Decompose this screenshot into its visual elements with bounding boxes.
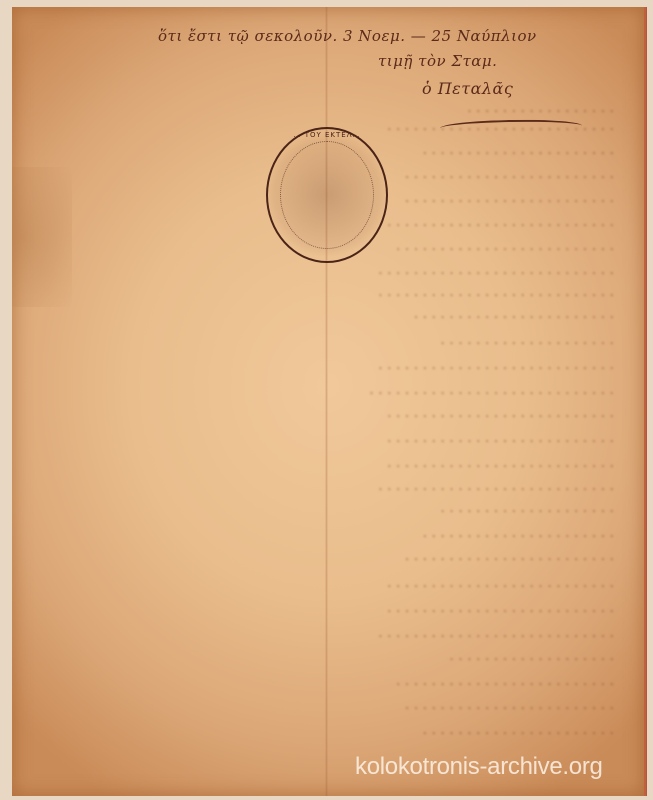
recipient-note-signature: ὁ Πεταλᾶς [422,79,513,98]
bleed-line: · · · · · · · · · · · · · · · · · · · · … [22,485,614,495]
bleed-line: · · · · · · · · · · · · · · · · · · · · [212,339,614,349]
bleed-line: · · · · · · · · · · · · · · · · · · · · … [52,607,614,617]
bleed-line: · · · · · · · · · · · · · · · · · · · · … [32,364,614,374]
bleed-line: · · · · · · · · · · · · · · · · · [22,107,614,117]
bleed-line: · · · · · · · · · · · · · · · · · · · · … [22,680,614,690]
recipient-note-line-2: τιμῇ τὸν Σταμ. [378,52,497,70]
manuscript-page: · · · · · · · · · · · · · · · · ·· · · ·… [12,7,646,796]
bleed-line: · · · · · · · · · · · · · · · · · · · · … [22,632,614,642]
water-stain [12,167,72,307]
bleed-line: · · · · · · · · · · · · · · · · · · · · … [22,437,614,447]
bleed-line: · · · · · · · · · · · · · · · · · · · · … [22,532,614,542]
bleed-line: · · · · · · · · · · · · · · · · · · · · … [22,412,614,422]
bleed-line: · · · · · · · · · · · · · · · · · · · · … [22,389,614,399]
bleed-line: · · · · · · · · · · · · · · · · · · · · … [162,704,614,714]
bleed-line: · · · · · · · · · · · · · · · · · · · · … [22,269,614,279]
seal-inner-ring [280,141,374,249]
official-seal-stamp: … ΤΟΥ ΕΚΤΕΛ… [266,127,388,263]
archive-watermark: kolokotronis-archive.org [355,753,603,781]
bleed-line: · · · · · · · · · · · · · · · · · · · · … [152,313,614,323]
recipient-note-line-1: ὅτι ἔστι τῷ σεκολοῦν. 3 Νοεμ. — 25 Ναύπλ… [158,27,537,45]
bleed-line: · · · · · · · · · · · · · · · · · · · · … [172,729,614,739]
bleed-line: · · · · · · · · · · · · · · · · · · · · … [22,462,614,472]
bleed-line: · · · · · · · · · · · · · · · · · · · [102,655,614,665]
bleed-line: · · · · · · · · · · · · · · · · · · · · … [42,291,614,301]
seal-text: … ΤΟΥ ΕΚΤΕΛ… [268,131,386,139]
bleed-line: · · · · · · · · · · · · · · · · · · · · [132,507,614,517]
bleed-line: · · · · · · · · · · · · · · · · · · · · … [52,555,614,565]
bleed-line: · · · · · · · · · · · · · · · · · · · · … [52,582,614,592]
signature-flourish [440,119,582,135]
